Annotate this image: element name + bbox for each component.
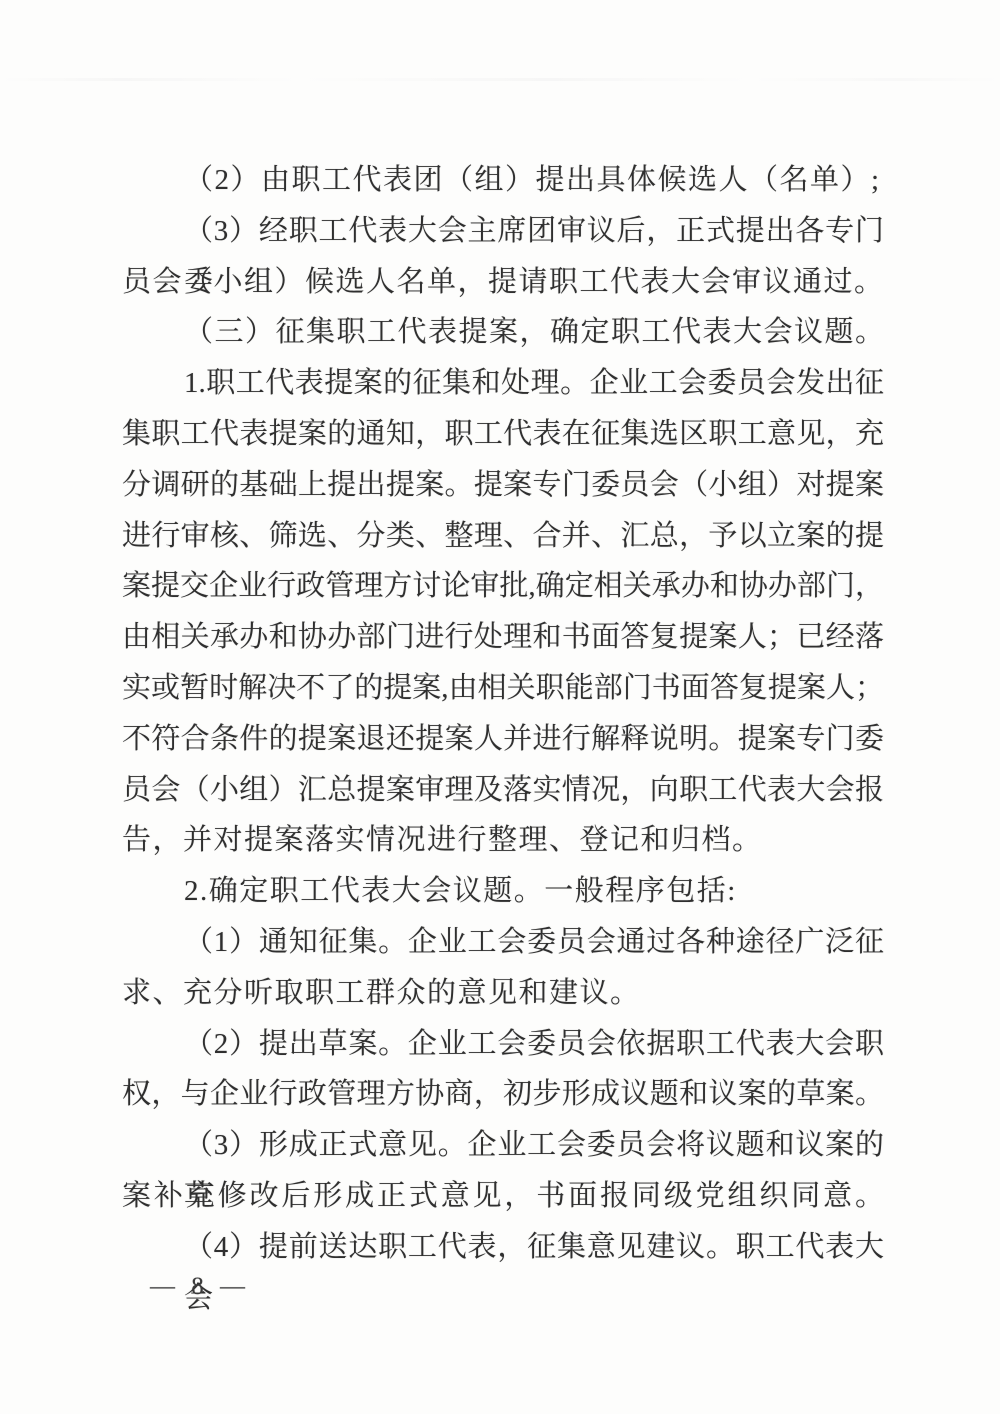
document-body: （2）由职工代表团（组）提出具体候选人（名单）;（3）经职工代表大会主席团审议后… (122, 155, 884, 1273)
text-line: 案补充修改后形成正式意见，书面报同级党组织同意。 (122, 1171, 884, 1222)
text-line: 不符合条件的提案退还提案人并进行解释说明。提案专门委 (122, 714, 884, 765)
text-line: （1）通知征集。企业工会委员会通过各种途径广泛征 (122, 917, 884, 968)
text-line: （3）形成正式意见。企业工会委员会将议题和议案的草 (122, 1120, 884, 1171)
text-line: 2.确定职工代表大会议题。一般程序包括: (122, 866, 884, 917)
text-line: （2）提出草案。企业工会委员会依据职工代表大会职 (122, 1019, 884, 1070)
text-line: （3）经职工代表大会主席团审议后，正式提出各专门委 (122, 206, 884, 257)
text-line: （三）征集职工代表提案，确定职工代表大会议题。 (122, 307, 884, 358)
text-line: （4）提前送达职工代表，征集意见建议。职工代表大会 (122, 1222, 884, 1273)
text-line: 求、充分听取职工群众的意见和建议。 (122, 968, 884, 1019)
text-line: 1.职工代表提案的征集和处理。企业工会委员会发出征 (122, 358, 884, 409)
text-line: 分调研的基础上提出提案。提案专门委员会（小组）对提案 (122, 460, 884, 511)
text-line: 告，并对提案落实情况进行整理、登记和归档。 (122, 815, 884, 866)
text-line: 员会（小组）候选人名单，提请职工代表大会审议通过。 (122, 257, 884, 308)
text-line: 实或暂时解决不了的提案,由相关职能部门书面答复提案人； (122, 663, 884, 714)
text-line: 由相关承办和协办部门进行处理和书面答复提案人；已经落 (122, 612, 884, 663)
text-line: 集职工代表提案的通知，职工代表在征集选区职工意见，充 (122, 409, 884, 460)
text-line: 案提交企业行政管理方讨论审批,确定相关承办和协办部门， (122, 561, 884, 612)
page-number: — 8 — (150, 1270, 250, 1304)
document-page: （2）由职工代表团（组）提出具体候选人（名单）;（3）经职工代表大会主席团审议后… (0, 0, 1000, 1414)
text-line: （2）由职工代表团（组）提出具体候选人（名单）; (122, 155, 884, 206)
scan-artifact (0, 78, 1000, 81)
text-line: 员会（小组）汇总提案审理及落实情况，向职工代表大会报 (122, 765, 884, 816)
text-line: 权，与企业行政管理方协商，初步形成议题和议案的草案。 (122, 1069, 884, 1120)
text-line: 进行审核、筛选、分类、整理、合并、汇总，予以立案的提 (122, 511, 884, 562)
